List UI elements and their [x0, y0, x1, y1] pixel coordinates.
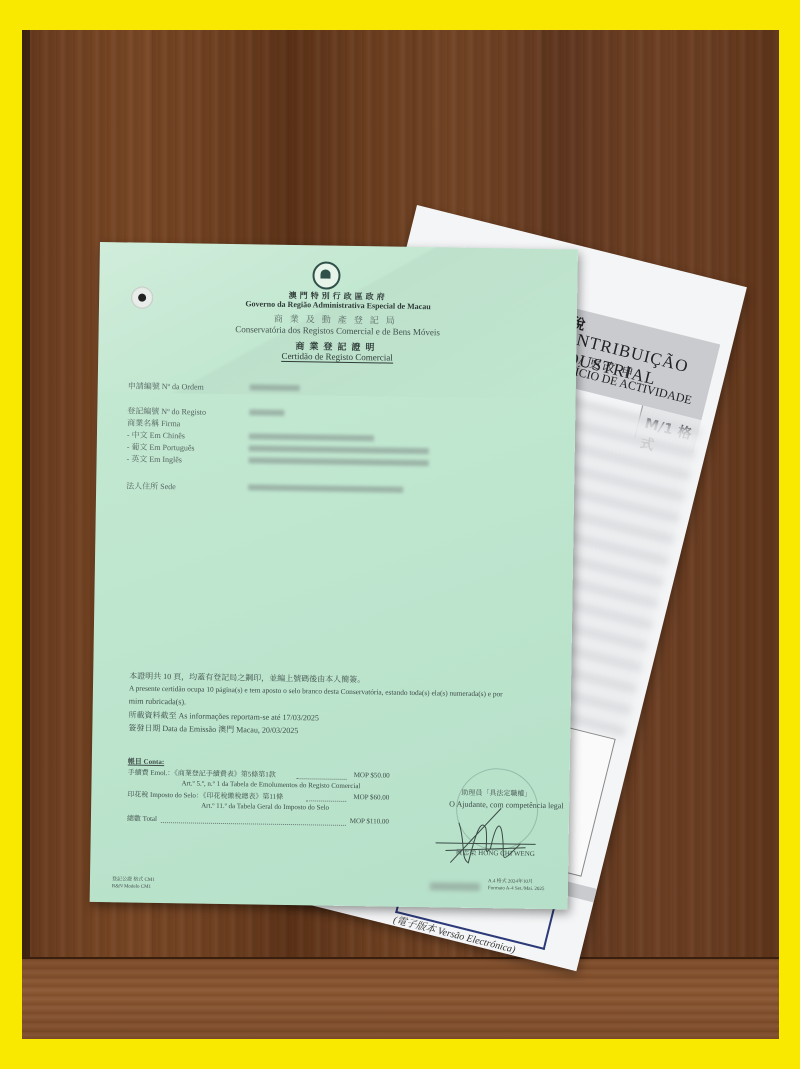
model-code-line2: R&N Modelo CM1 — [112, 883, 155, 891]
field-order-number-value — [250, 384, 300, 391]
leader-dots — [297, 778, 347, 780]
commercial-registration-certificate: 澳門特別行政區政府 Governo da Região Administrati… — [90, 242, 578, 909]
model-code: 登記公證 格式 CM1 R&N Modelo CM1 — [112, 876, 155, 891]
blurred-footer — [430, 882, 480, 891]
print-info: A.4 格式 2024年10月 Formato A-4 Set./Mai. 20… — [488, 878, 545, 893]
field-seat: 法人住所 Sede — [126, 480, 176, 492]
title-pt: Certidão de Registo Comercial — [282, 351, 393, 364]
signer-name: 黃志榮 HONG CHI WENG — [455, 848, 535, 859]
field-seat-value — [248, 484, 403, 492]
fee-2-amount: MOP $60.00 — [353, 793, 389, 802]
table-front-board — [22, 957, 779, 1039]
info-date: 所載資料截至 As informações reportam-se até 17… — [128, 710, 319, 724]
field-firm: 商業名稱 Firma — [127, 417, 180, 429]
leader-dots — [161, 822, 346, 826]
issue-date: 簽發日期 Data da Emissão 澳門 Macau, 20/03/202… — [128, 723, 298, 737]
print-info-line2: Formato A-4 Set./Mai. 2025 — [488, 885, 545, 893]
fee-1-note: Art.º 5.º, n.º 1 da Tabela de Emolumento… — [181, 779, 360, 790]
field-registry-number: 登記編號 Nº do Registo — [127, 405, 206, 417]
statement-pt-line1: A presente certidão ocupa 10 página(s) e… — [129, 684, 503, 699]
wood-table-background: 營業稅 CONTRIBUIÇÃO INDUSTRIAL 開業 / 更改 申 DE… — [22, 30, 779, 1039]
field-name-chinese-value — [249, 433, 374, 441]
fee-1-label: 手續費 Emol.：《商業登記手續費表》第5條第1款 — [128, 768, 276, 780]
statement-pt-line2: mim rubricada(s). — [129, 697, 186, 707]
table-gap-shadow — [22, 30, 30, 957]
field-order-number: 申請編號 Nº da Ordem — [128, 380, 204, 392]
fee-1-amount: MOP $50.00 — [354, 771, 390, 780]
field-name-english-value — [249, 457, 429, 466]
field-name-portuguese-value — [249, 445, 429, 454]
total-label: 總數 Total — [127, 813, 157, 823]
field-name-chinese: - 中文 Em Chinês — [127, 429, 185, 441]
field-name-portuguese: - 葡文 Em Português — [127, 441, 195, 453]
field-name-english: - 英文 Em Inglês — [127, 453, 182, 465]
account-heading: 帳目 Conta: — [128, 757, 165, 768]
total-amount: MOP $110.00 — [350, 817, 389, 826]
field-registry-number-value — [249, 409, 284, 416]
fee-2-note: Art.º 11.º da Tabela Geral do Imposto do… — [201, 802, 329, 812]
handwritten-signature — [440, 802, 531, 873]
leader-dots — [306, 800, 346, 802]
fee-2-label: 印花稅 Imposto do Selo：《印花稅繳稅總表》第11條 — [127, 789, 283, 801]
signer-role-zh: 助理員「具法定職權」 — [461, 788, 531, 799]
statement-zh: 本證明共 10 頁，均蓋有登記局之鋼印，並編上號碼後由本人簡簽。 — [129, 671, 365, 686]
